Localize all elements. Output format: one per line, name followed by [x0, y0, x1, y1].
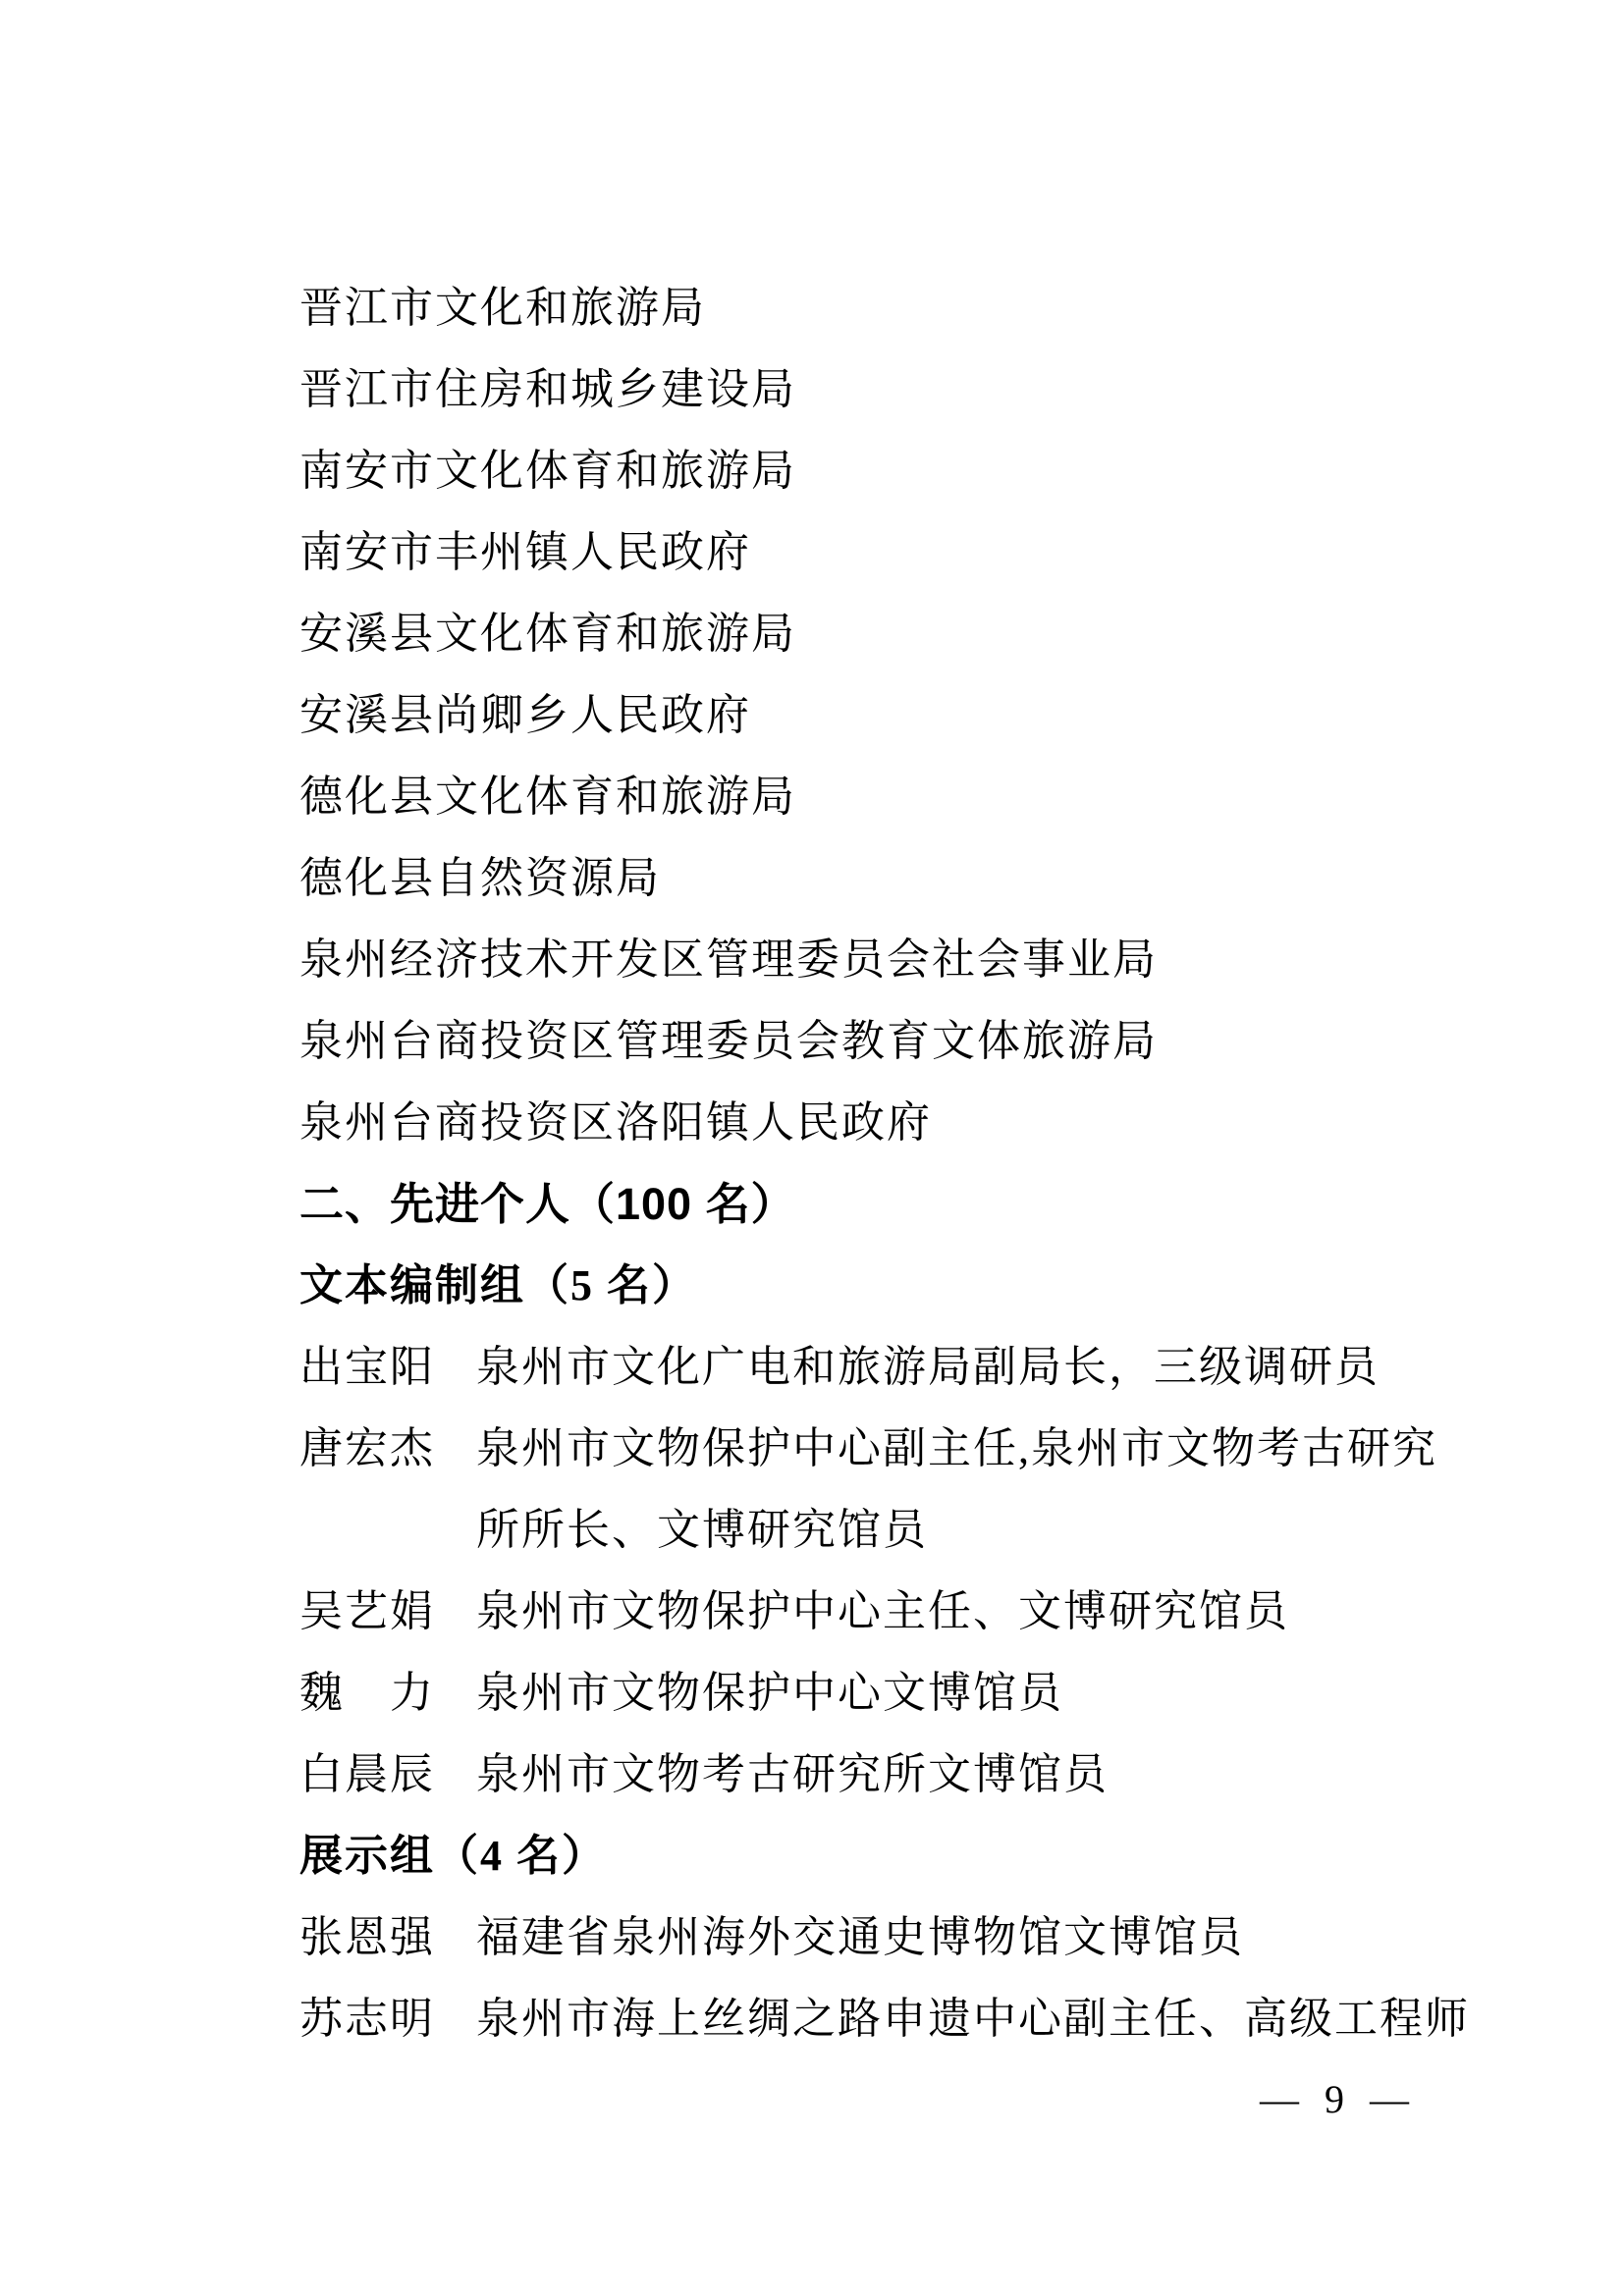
org-list-item: 泉州台商投资区洛阳镇人民政府 [299, 1082, 1477, 1163]
person-row: 吴艺娟泉州市文物保护中心主任、文博研究馆员 [299, 1571, 1477, 1652]
org-list-item: 南安市文化体育和旅游局 [299, 430, 1477, 511]
section-heading: 二、先进个人（100 名） [299, 1163, 1477, 1245]
person-row: 白晨辰泉州市文物考古研究所文博馆员 [299, 1734, 1477, 1815]
org-list-item: 安溪县尚卿乡人民政府 [299, 674, 1477, 756]
person-title-line: 福建省泉州海外交通史博物馆文博馆员 [476, 1896, 1477, 1978]
document-page: 晋江市文化和旅游局晋江市住房和城乡建设局南安市文化体育和旅游局南安市丰州镇人民政… [0, 0, 1624, 2296]
org-list-item: 安溪县文化体育和旅游局 [299, 593, 1477, 674]
person-title-line: 泉州市文物保护中心主任、文博研究馆员 [476, 1571, 1477, 1652]
person-title-line: 泉州市文物保护中心文博馆员 [476, 1652, 1477, 1734]
person-title-line: 泉州市文物保护中心副主任,泉州市文物考古研究 [476, 1408, 1477, 1489]
person-title: 泉州市文物保护中心主任、文博研究馆员 [476, 1571, 1477, 1652]
org-list-item: 晋江市文化和旅游局 [299, 267, 1477, 348]
group-heading: 展示组（4 名） [299, 1815, 1477, 1896]
person-name: 出宝阳 [299, 1326, 476, 1408]
org-list-item: 晋江市住房和城乡建设局 [299, 348, 1477, 430]
org-list-item: 德化县文化体育和旅游局 [299, 756, 1477, 837]
person-title: 泉州市文物保护中心文博馆员 [476, 1652, 1477, 1734]
person-name: 唐宏杰 [299, 1408, 476, 1489]
person-row: 魏 力泉州市文物保护中心文博馆员 [299, 1652, 1477, 1734]
person-title-line: 泉州市海上丝绸之路申遗中心副主任、高级工程师 [476, 1978, 1477, 2059]
org-list-item: 南安市丰州镇人民政府 [299, 511, 1477, 593]
person-title-line: 泉州市文化广电和旅游局副局长，三级调研员 [476, 1326, 1477, 1408]
person-name: 魏 力 [299, 1652, 476, 1734]
person-title-line: 所所长、文博研究馆员 [476, 1489, 1477, 1571]
person-title: 泉州市海上丝绸之路申遗中心副主任、高级工程师 [476, 1978, 1477, 2059]
person-row: 唐宏杰泉州市文物保护中心副主任,泉州市文物考古研究所所长、文博研究馆员 [299, 1408, 1477, 1571]
person-title: 福建省泉州海外交通史博物馆文博馆员 [476, 1896, 1477, 1978]
group-heading: 文本编制组（5 名） [299, 1245, 1477, 1326]
org-list-item: 泉州台商投资区管理委员会教育文体旅游局 [299, 1000, 1477, 1082]
person-name: 吴艺娟 [299, 1571, 476, 1652]
person-title-line: 泉州市文物考古研究所文博馆员 [476, 1734, 1477, 1815]
person-title: 泉州市文物保护中心副主任,泉州市文物考古研究所所长、文博研究馆员 [476, 1408, 1477, 1571]
person-row: 出宝阳泉州市文化广电和旅游局副局长，三级调研员 [299, 1326, 1477, 1408]
award-groups: 文本编制组（5 名）出宝阳泉州市文化广电和旅游局副局长，三级调研员唐宏杰泉州市文… [299, 1245, 1477, 2059]
document-body: 晋江市文化和旅游局晋江市住房和城乡建设局南安市文化体育和旅游局南安市丰州镇人民政… [299, 267, 1477, 2059]
page-number: — 9 — [1260, 2058, 1417, 2140]
person-name: 白晨辰 [299, 1734, 476, 1815]
person-title: 泉州市文物考古研究所文博馆员 [476, 1734, 1477, 1815]
person-row: 张恩强福建省泉州海外交通史博物馆文博馆员 [299, 1896, 1477, 1978]
organization-list: 晋江市文化和旅游局晋江市住房和城乡建设局南安市文化体育和旅游局南安市丰州镇人民政… [299, 267, 1477, 1163]
person-title: 泉州市文化广电和旅游局副局长，三级调研员 [476, 1326, 1477, 1408]
person-name: 苏志明 [299, 1978, 476, 2059]
org-list-item: 德化县自然资源局 [299, 837, 1477, 919]
person-row: 苏志明泉州市海上丝绸之路申遗中心副主任、高级工程师 [299, 1978, 1477, 2059]
person-name: 张恩强 [299, 1896, 476, 1978]
org-list-item: 泉州经济技术开发区管理委员会社会事业局 [299, 919, 1477, 1000]
